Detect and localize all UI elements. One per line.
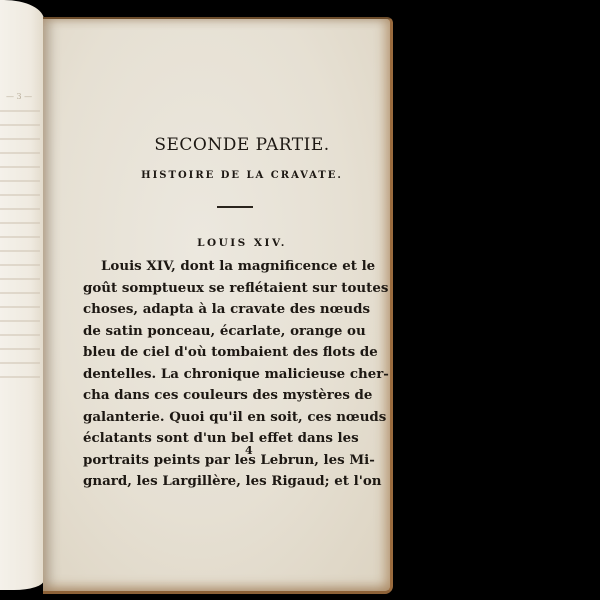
part-title: SECONDE PARTIE. [107,135,377,155]
body-line: de satin ponceau, écarlate, orange ou [83,321,358,343]
bleed-through-line [0,306,40,308]
page-number: 4 [245,444,253,457]
bleed-through-line [0,278,40,280]
bleed-through-line [0,320,40,322]
bleed-through-line [0,376,40,378]
part-subtitle: HISTOIRE DE LA CRAVATE. [107,170,377,181]
left-page-folio: — 3 — [6,92,32,101]
bleed-through-line [0,180,40,182]
body-line: éclatants sont d'un bel effet dans les [83,428,358,450]
bleed-through-line [0,250,40,252]
left-page-edge: — 3 — [0,0,44,590]
bleed-through-line [0,166,40,168]
body-line: bleu de ciel d'où tombaient des flots de [83,342,358,364]
body-line: Louis XIV, dont la magnificence et le [83,256,358,278]
bleed-through-line [0,334,40,336]
bleed-through-line [0,110,40,112]
bleed-through-line [0,222,40,224]
bleed-through-line [0,348,40,350]
body-line: galanterie. Quoi qu'il en soit, ces nœud… [83,407,358,429]
body-line: goût somptueux se reflétaient sur toutes [83,278,358,300]
body-line: choses, adapta à la cravate des nœuds [83,299,358,321]
bleed-through-line [0,152,40,154]
divider-rule [217,206,253,208]
bleed-through-line [0,208,40,210]
body-line: gnard, les Largillère, les Rigaud; et l'… [83,471,358,493]
bleed-through-line [0,236,40,238]
section-title: LOUIS XIV. [107,237,377,249]
bleed-through-line [0,194,40,196]
body-line: cha dans ces couleurs des mystères de [83,385,358,407]
body-line: dentelles. La chronique malicieuse cher- [83,364,358,386]
bleed-through-line [0,362,40,364]
body-text: Louis XIV, dont la magnificence et le go… [83,256,358,493]
body-line: portraits peints par les Lebrun, les Mi- [83,450,358,472]
bleed-through-line [0,264,40,266]
bleed-through-line [0,292,40,294]
bleed-through-line [0,138,40,140]
bleed-through-line [0,124,40,126]
